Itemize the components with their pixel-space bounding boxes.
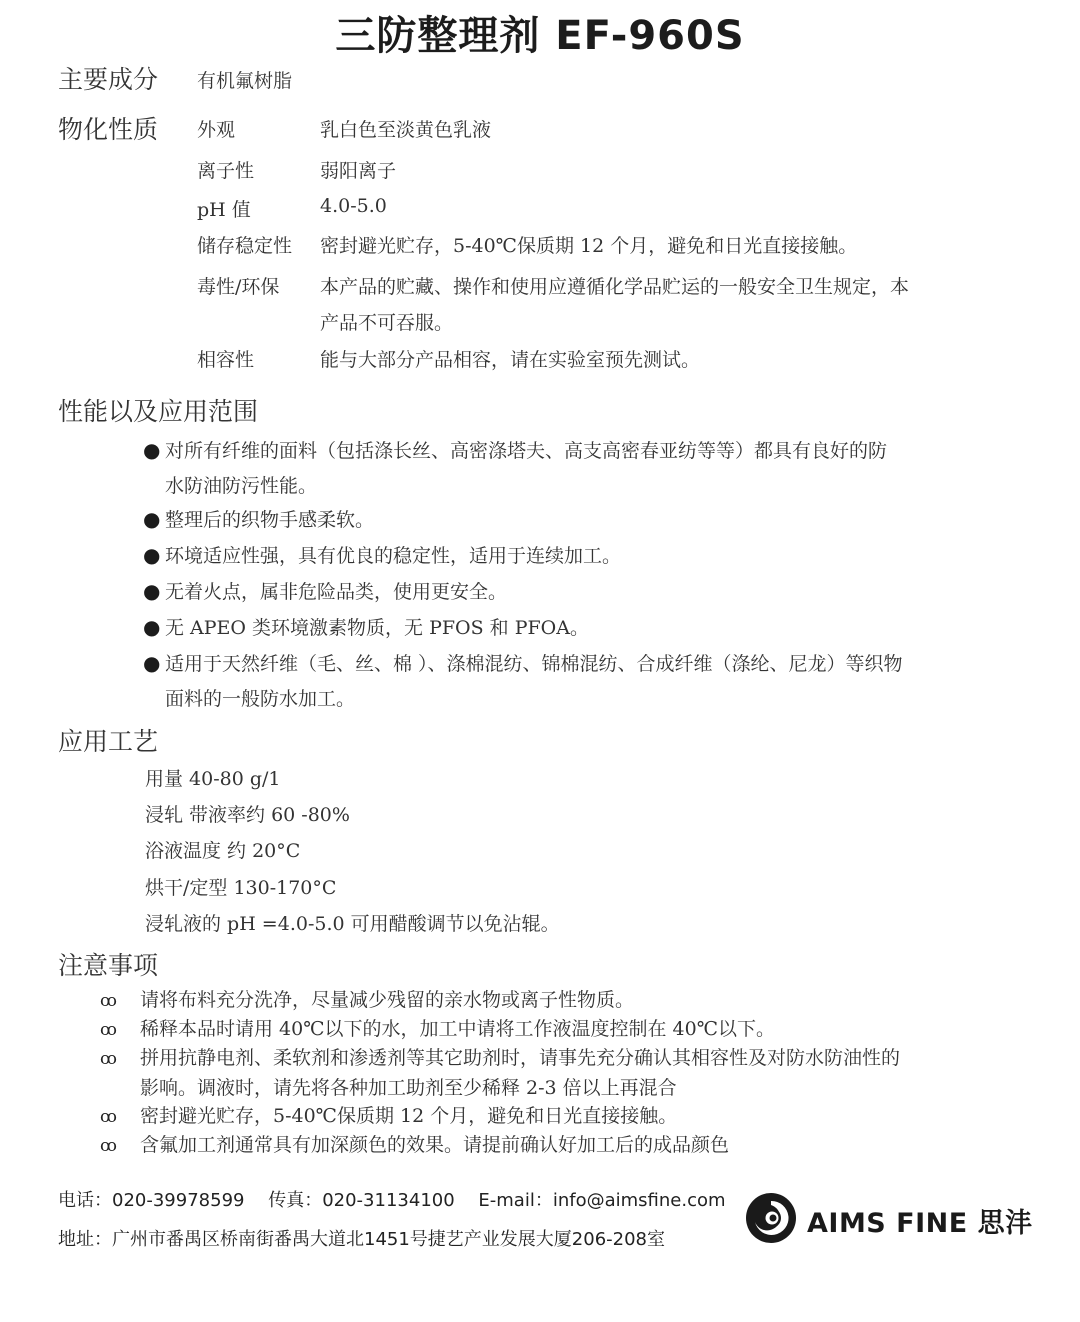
bullet-dot-icon: ● xyxy=(143,646,165,681)
performance-item: ●环境适应性强，具有优良的稳定性，适用于连续加工。 xyxy=(143,538,1013,574)
property-value-toxicity: 本产品的贮藏、操作和使用应遵循化学品贮运的一般安全卫生规定，本 xyxy=(320,272,909,299)
bullet-dot-icon: ● xyxy=(143,502,165,537)
performance-item: ●适用于天然纤维（毛、丝、棉 ）、涤棉混纺、锦棉混纺、合成纤维（涤纶、尼龙）等织… xyxy=(143,646,1013,717)
ornament-bullet-icon: ꝏ xyxy=(100,1103,140,1132)
note-item: ꝏ稀释本品时请用 40℃以下的水，加工中请将工作液温度控制在 40℃以下。 xyxy=(100,1015,1030,1045)
property-label-storage: 储存稳定性 xyxy=(197,231,292,258)
property-value-appearance: 乳白色至淡黄色乳液 xyxy=(320,115,491,142)
process-heading: 应用工艺 xyxy=(58,722,158,758)
ornament-bullet-icon: ꝏ xyxy=(100,987,140,1016)
aims-fine-swirl-icon xyxy=(745,1192,797,1244)
property-value-ph: 4.0-5.0 xyxy=(320,195,387,217)
ornament-bullet-icon: ꝏ xyxy=(100,1045,140,1074)
composition-heading: 主要成分 xyxy=(58,60,158,96)
performance-item: ●整理后的织物手感柔软。 xyxy=(143,502,1013,538)
bullet-dot-icon: ● xyxy=(143,538,165,573)
property-value-storage: 密封避光贮存，5-40℃保质期 12 个月，避免和日光直接接触。 xyxy=(320,231,857,258)
bullet-dot-icon: ● xyxy=(143,574,165,609)
notes-heading: 注意事项 xyxy=(58,946,158,982)
property-value-ionicity: 弱阳离子 xyxy=(320,156,396,183)
performance-item: ●无着火点，属非危险品类，使用更安全。 xyxy=(143,574,1013,610)
process-step: 浴液温度 约 20°C xyxy=(145,836,300,863)
performance-item: ●无 APEO 类环境激素物质，无 PFOS 和 PFOA。 xyxy=(143,610,1013,646)
process-step: 烘干/定型 130-170°C xyxy=(145,873,336,900)
document-title: 三防整理剂 EF-960S xyxy=(0,4,1080,61)
bullet-dot-icon: ● xyxy=(143,610,165,645)
performance-item: ●对所有纤维的面料（包括涤长丝、高密涤塔夫、高支高密春亚纺等等）都具有良好的防 … xyxy=(143,433,1013,504)
composition-value: 有机氟树脂 xyxy=(197,66,292,93)
process-step: 浸轧 带液率约 60 -80% xyxy=(145,800,350,827)
ornament-bullet-icon: ꝏ xyxy=(100,1132,140,1161)
phone-number: 电话：020-39978599 xyxy=(58,1190,244,1211)
note-item: ꝏ拼用抗静电剂、柔软剂和渗透剂等其它助剂时，请事先充分确认其相容性及对防水防油性… xyxy=(100,1044,1030,1103)
property-label-toxicity: 毒性/环保 xyxy=(197,272,279,299)
note-item: ꝏ含氟加工剂通常具有加深颜色的效果。请提前确认好加工后的成品颜色 xyxy=(100,1131,1030,1161)
email-address[interactable]: E-mail：info@aimsfine.com xyxy=(478,1190,725,1211)
property-label-appearance: 外观 xyxy=(197,115,235,142)
note-item: ꝏ密封避光贮存，5-40℃保质期 12 个月，避免和日光直接接触。 xyxy=(100,1102,1030,1132)
performance-heading: 性能以及应用范围 xyxy=(58,392,258,428)
process-step: 用量 40-80 g/1 xyxy=(145,764,281,791)
bullet-dot-icon: ● xyxy=(143,433,165,468)
property-value-compatibility: 能与大部分产品相容，请在实验室预先测试。 xyxy=(320,345,700,372)
ornament-bullet-icon: ꝏ xyxy=(100,1016,140,1045)
note-item: ꝏ请将布料充分洗净，尽量减少残留的亲水物或离子性物质。 xyxy=(100,986,1030,1016)
contact-line: 电话：020-39978599 传真：020-31134100 E-mail：i… xyxy=(58,1186,744,1212)
property-label-ionicity: 离子性 xyxy=(197,156,254,183)
properties-heading: 物化性质 xyxy=(58,110,158,146)
property-label-ph: pH 值 xyxy=(197,195,251,222)
property-value-toxicity-cont: 产品不可吞服。 xyxy=(320,308,453,335)
fax-number: 传真：020-31134100 xyxy=(268,1190,454,1211)
address-line: 地址：广州市番禺区桥南街番禺大道北1451号捷艺产业发展大厦206-208室 xyxy=(58,1225,665,1251)
logo-text: AIMS FINE 思沣 xyxy=(807,1201,1033,1240)
company-logo: AIMS FINE 思沣 xyxy=(745,1192,1045,1248)
property-label-compatibility: 相容性 xyxy=(197,345,254,372)
process-step: 浸轧液的 pH =4.0-5.0 可用醋酸调节以免沾辊。 xyxy=(145,909,560,936)
